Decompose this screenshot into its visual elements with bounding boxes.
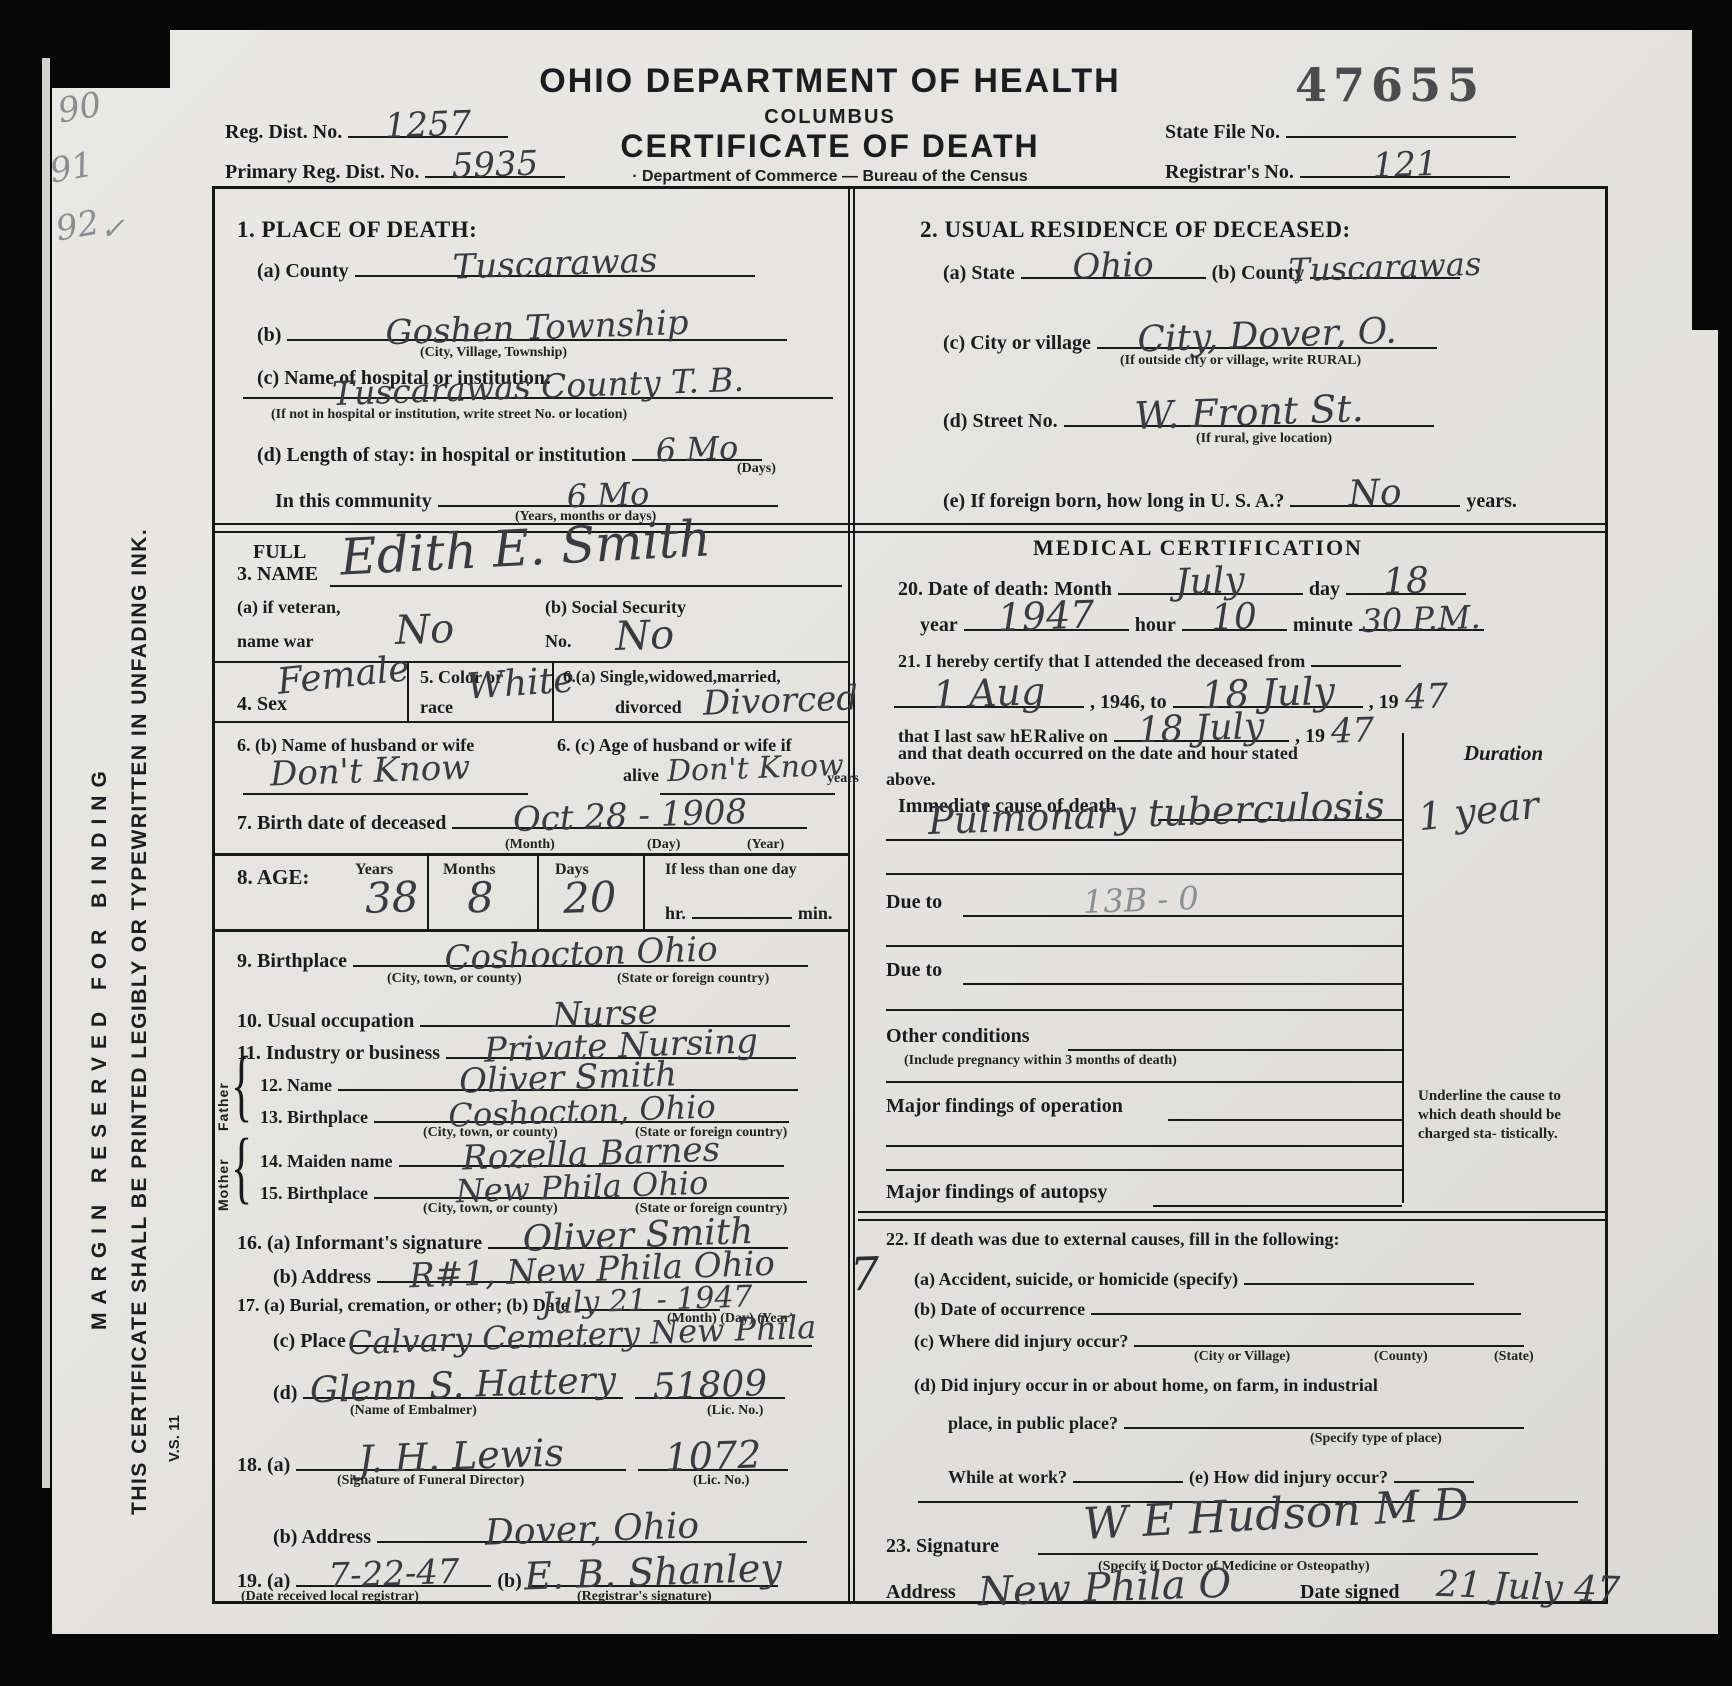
- mother-bp-cap-1: (City, town, or county): [423, 1201, 558, 1217]
- other-conditions-label: Other conditions: [886, 1025, 1030, 1047]
- res-state-field: Ohio: [1021, 253, 1206, 279]
- residence-medical-column: 2. USUAL RESIDENCE OF DECEASED: (a) Stat…: [858, 189, 1605, 1601]
- full-label: FULL: [253, 541, 306, 563]
- received-b-label: (b): [497, 1570, 521, 1592]
- physician-sig-line: [1038, 1553, 1538, 1555]
- external-b-field: [1091, 1289, 1521, 1315]
- external-d-label-2: place, in public place?: [948, 1413, 1118, 1433]
- reg-dist-field: 1257: [348, 112, 508, 138]
- external-c-cap-2: (County): [1374, 1349, 1428, 1365]
- external-c-cap-1: (City or Village): [1194, 1349, 1290, 1365]
- occurred-label-1: and that death occurred on the date and …: [898, 743, 1298, 763]
- age-box-divider: [537, 853, 539, 929]
- res-street-field: W. Front St.: [1064, 401, 1434, 427]
- veteran-value: No: [394, 606, 455, 654]
- other-conditions-caption: (Include pregnancy within 3 months of de…: [904, 1053, 1177, 1069]
- dod-hour-field: 10: [1182, 605, 1287, 631]
- primary-reg-value: 5935: [451, 144, 539, 187]
- age-min-label: min.: [798, 903, 833, 923]
- dod-month-field: July: [1118, 569, 1303, 595]
- external-d-label-1: (d) Did injury occur in or about home, o…: [914, 1375, 1378, 1395]
- stay-field: 6 Mo: [632, 435, 762, 461]
- book-spine-edge: [42, 58, 50, 1488]
- veteran-label-1: (a) if veteran,: [237, 597, 340, 617]
- dod-day-value: 18: [1382, 560, 1429, 603]
- birthdate-field: Oct 28 - 1908: [452, 803, 807, 829]
- spouse-value: Don't Know: [269, 748, 471, 795]
- stray-mark: 7: [849, 1247, 880, 1302]
- dod-hour-value: 10: [1211, 596, 1258, 639]
- mother-birthplace-label: 15. Birthplace: [260, 1183, 368, 1203]
- place-of-death-column: 1. PLACE OF DEATH: (a) CountyTuscarawas …: [215, 189, 848, 1601]
- file-number-stamp: 47655: [1295, 58, 1485, 112]
- physician-sig-label: 23. Signature: [886, 1535, 999, 1557]
- res-city-label: (c) City or village: [943, 332, 1091, 354]
- mother-name-field: Rozella Barnes: [399, 1141, 784, 1167]
- industry-field: Private Nursing: [446, 1033, 796, 1059]
- birthdate-cap-month: (Month): [505, 837, 555, 853]
- registrar-no-label: Registrar's No.: [1165, 161, 1294, 183]
- embalmer-d-label: (d): [273, 1382, 297, 1404]
- age-months-value: 8: [466, 873, 494, 923]
- place-b-caption: (City, Village, Township): [420, 345, 567, 361]
- mother-brace: {: [231, 1120, 252, 1214]
- underline-note: Underline the cause to which death shoul…: [1418, 1087, 1578, 1144]
- primary-reg-label: Primary Reg. Dist. No.: [225, 161, 419, 183]
- age-days-value: 20: [562, 872, 617, 923]
- external-d-field: [1124, 1403, 1524, 1429]
- birthdate-label: 7. Birth date of deceased: [237, 812, 446, 834]
- attended-year-value: 47: [1404, 676, 1449, 717]
- dod-year-field: 1947: [964, 605, 1129, 631]
- due2-line: [963, 983, 1402, 985]
- operation-label: Major findings of operation: [886, 1095, 1123, 1117]
- date-signed-label: Date signed: [1300, 1581, 1399, 1603]
- blank-line: [886, 945, 1402, 947]
- community-field: 6 Mo: [438, 481, 778, 507]
- informant-sig-label: 16. (a) Informant's signature: [237, 1232, 482, 1254]
- hospital-caption: (If not in hospital or institution, writ…: [271, 407, 627, 423]
- embalmer-lic-value: 51809: [653, 1363, 769, 1408]
- embalmer-caption: (Name of Embalmer): [350, 1403, 477, 1419]
- cause-line: [886, 839, 1402, 841]
- header-columbus: COLUMBUS: [420, 106, 1240, 129]
- dod-minute-field: 30 P.M.: [1359, 605, 1484, 631]
- attended-blank-field: [1311, 641, 1401, 667]
- while-at-work-label: While at work?: [948, 1467, 1067, 1487]
- section2-title: 2. USUAL RESIDENCE OF DECEASED:: [920, 217, 1351, 242]
- birthplace-cap-1: (City, town, or county): [387, 971, 522, 987]
- attended-label: 21. I hereby certify that I attended the…: [898, 651, 1305, 671]
- res-city-field: City, Dover, O.: [1097, 323, 1437, 349]
- cause-duration-value: 1 year: [1416, 783, 1541, 839]
- mother-name-label: 14. Maiden name: [260, 1151, 393, 1171]
- blank-line: [886, 1081, 1402, 1083]
- age-box-divider: [643, 853, 645, 929]
- father-birthplace-label: 13. Birthplace: [260, 1107, 368, 1127]
- while-at-work-field: [1073, 1457, 1183, 1483]
- dod-day-field: 18: [1346, 569, 1466, 595]
- other-line: [1068, 1049, 1402, 1051]
- community-label: In this community: [275, 490, 432, 512]
- father-brace: {: [231, 1038, 252, 1132]
- res-city-caption: (If outside city or village, write RURAL…: [1120, 353, 1361, 369]
- res-state-label: (a) State: [943, 262, 1015, 284]
- dod-year-value: 1947: [997, 592, 1095, 639]
- res-street-label: (d) Street No.: [943, 410, 1058, 432]
- years-caption: years: [827, 771, 859, 787]
- dod-minute-value: 30 P.M.: [1361, 598, 1481, 640]
- autopsy-line: [1153, 1205, 1402, 1207]
- decedent-name: Edith E. Smith: [339, 509, 712, 586]
- external-b-label: (b) Date of occurrence: [914, 1299, 1085, 1319]
- father-name-label: 12. Name: [260, 1075, 332, 1095]
- dod-minute-label: minute: [1293, 614, 1353, 636]
- row-line: [215, 721, 848, 723]
- county-value: Tuscarawas: [452, 240, 658, 287]
- attended-from-field: 1 Aug: [894, 682, 1084, 708]
- registrar-no-field: 121: [1300, 152, 1510, 178]
- stay-caption: (Days): [737, 461, 776, 477]
- age-hr-field: [692, 893, 792, 919]
- margin-vs-number: V.S. 11: [166, 1372, 183, 1462]
- funeral-lic-field: 1072: [638, 1445, 788, 1471]
- column-divider: [848, 189, 855, 1601]
- embalmer-field: Glenn S. Hattery: [303, 1373, 623, 1399]
- alive-label: alive: [623, 765, 659, 785]
- blank-line: [886, 1145, 1402, 1147]
- county-field: Tuscarawas: [355, 251, 755, 277]
- scan-corner-shadow-topright: [1692, 30, 1732, 330]
- autopsy-label: Major findings of autopsy: [886, 1181, 1107, 1203]
- lastsaw-year-label: , 19: [1295, 725, 1325, 747]
- lastsaw-year-value: 47: [1330, 710, 1375, 751]
- reg-dist-value: 1257: [384, 104, 472, 147]
- res-county-value: Tuscarawas: [1289, 245, 1483, 290]
- external-a-field: [1244, 1259, 1474, 1285]
- county-label: (a) County: [257, 260, 349, 282]
- stay-label: (d) Length of stay: in hospital or insti…: [257, 444, 626, 466]
- funeral-director-caption: (Signature of Funeral Director): [337, 1473, 524, 1489]
- reg-dist-label: Reg. Dist. No.: [225, 121, 342, 143]
- margin-legibly-text: THIS CERTIFICATE SHALL BE PRINTED LEGIBL…: [128, 185, 152, 1515]
- name-underline: [330, 585, 842, 587]
- primary-reg-field: 5935: [425, 152, 565, 178]
- date-signed-value: 21 July 47: [1435, 1564, 1620, 1611]
- state-file-label: State File No.: [1165, 121, 1280, 143]
- sex-value: Female: [275, 648, 411, 703]
- dod-day-label: day: [1309, 578, 1340, 600]
- father-name-field: Oliver Smith: [338, 1065, 798, 1091]
- funeral-lic-caption: (Lic. No.): [693, 1473, 749, 1489]
- section1-title: 1. PLACE OF DEATH:: [237, 217, 477, 242]
- veteran-label-2: name war: [237, 631, 313, 651]
- birthplace-cap-2: (State or foreign country): [617, 971, 769, 987]
- res-foreign-value: No: [1348, 472, 1403, 515]
- lastsaw-field: 18 July: [1114, 716, 1289, 742]
- registrar-sig-caption: (Registrar's signature): [577, 1589, 712, 1605]
- industry-label: 11. Industry or business: [237, 1042, 440, 1064]
- occurred-label-2: above.: [886, 769, 936, 789]
- pencil-mark-90: 90: [55, 85, 105, 132]
- place-b-label: (b): [257, 324, 281, 346]
- age-box-bottom: [215, 929, 848, 932]
- funeral-addr-label: (b) Address: [273, 1526, 371, 1548]
- funeral-label: 18. (a): [237, 1454, 290, 1476]
- physician-sig-value: W E Hudson M D: [1082, 1479, 1470, 1550]
- birthdate-value: Oct 28 - 1908: [512, 792, 748, 840]
- ssn-label-2: No.: [545, 631, 572, 651]
- external-c-field: [1134, 1321, 1524, 1347]
- age-less-label: If less than one day: [665, 861, 797, 879]
- margin-binding-text: MARGIN RESERVED FOR BINDING: [88, 540, 112, 1330]
- burial-date-field: July 21 - 1947: [575, 1285, 720, 1311]
- external-divider: [858, 1211, 1605, 1221]
- attended-to-field: 18 July: [1173, 682, 1363, 708]
- physician-addr-value: New Phila O: [977, 1561, 1232, 1616]
- age-box-top: [215, 853, 848, 856]
- duration-header: Duration: [1464, 741, 1543, 765]
- spouse-age-value: Don't Know: [666, 748, 844, 789]
- burial-label: 17. (a) Burial, cremation, or other;: [237, 1295, 502, 1315]
- age-hr-label: hr.: [665, 903, 686, 923]
- pencil-mark-91: 91: [47, 145, 97, 192]
- external-d-caption: (Specify type of place): [1310, 1431, 1442, 1447]
- race-value: White: [466, 659, 576, 707]
- stay-value: 6 Mo: [655, 429, 739, 470]
- funeral-director-field: J. H. Lewis: [296, 1445, 626, 1471]
- age-box-divider: [427, 853, 429, 929]
- dod-year-label: year: [920, 614, 958, 636]
- external-a-label: (a) Accident, suicide, or homicide (spec…: [914, 1269, 1238, 1289]
- embalmer-lic-field: 51809: [635, 1373, 785, 1399]
- race-cell-border: [552, 661, 554, 721]
- due2-label: Due to: [886, 959, 942, 981]
- race-label-2: race: [420, 697, 453, 717]
- sex-cell-border: [407, 661, 409, 721]
- mother-side-label: Mother: [215, 1135, 231, 1211]
- birthplace-label: 9. Birthplace: [237, 950, 347, 972]
- birthdate-cap-day: (Day): [647, 837, 680, 853]
- marital-label-2: divorced: [615, 697, 682, 717]
- medical-title: MEDICAL CERTIFICATION: [1033, 535, 1363, 560]
- birthplace-field: Coshocton Ohio: [353, 941, 808, 967]
- received-date-field: 7-22-47: [296, 1561, 491, 1587]
- registrar-no-value: 121: [1372, 144, 1438, 186]
- physician-addr-label: Address: [886, 1581, 956, 1603]
- father-side-label: Father: [215, 1055, 231, 1131]
- registrar-sig-field: E. B. Shanley: [528, 1561, 778, 1587]
- mother-birthplace-field: New Phila Ohio: [374, 1173, 789, 1199]
- attended-from-value: 1 Aug: [932, 669, 1046, 717]
- funeral-addr-field: Dover, Ohio: [377, 1517, 807, 1543]
- external-title: 22. If death was due to external causes,…: [886, 1229, 1340, 1249]
- embalmer-lic-caption: (Lic. No.): [707, 1403, 763, 1419]
- cause-value: Pulmonary tuberculosis: [927, 783, 1385, 843]
- occupation-label: 10. Usual occupation: [237, 1010, 414, 1032]
- external-c-label: (c) Where did injury occur?: [914, 1331, 1128, 1351]
- operation-line: [1168, 1119, 1402, 1121]
- spouse-underline: [243, 793, 528, 795]
- marital-value: Divorced: [702, 678, 858, 723]
- blank-line: [886, 1009, 1402, 1011]
- page-title: OHIO DEPARTMENT OF HEALTH: [420, 62, 1240, 101]
- res-foreign-label: (e) If foreign born, how long in U. S. A…: [943, 490, 1284, 512]
- state-file-field: [1286, 112, 1516, 138]
- due1-label: Due to: [886, 891, 942, 913]
- res-street-caption: (If rural, give location): [1196, 431, 1332, 447]
- hospital-field: Tuscarawas County T. B.: [243, 373, 833, 399]
- ssn-value: No: [614, 612, 675, 660]
- res-state-value: Ohio: [1072, 245, 1154, 288]
- blank-line: [886, 1169, 1402, 1171]
- blank-line: [886, 873, 1402, 875]
- external-c-cap-3: (State): [1494, 1349, 1534, 1365]
- duration-column-line: [1402, 733, 1404, 1203]
- age-years-value: 38: [364, 872, 419, 923]
- due1-line: [963, 915, 1402, 917]
- res-foreign-suffix: years.: [1466, 490, 1517, 512]
- father-birthplace-field: Coshocton, Ohio: [374, 1097, 789, 1123]
- scanned-death-certificate: { "margin": { "binding": "MARGIN RESERVE…: [0, 0, 1732, 1686]
- place-b-field: Goshen Township: [287, 315, 787, 341]
- pencil-check-mark: ✓: [99, 212, 125, 248]
- pencil-mark-92: 92: [53, 203, 103, 250]
- res-foreign-field: No: [1290, 481, 1460, 507]
- scan-corner-shadow-topleft: [52, 30, 170, 88]
- res-county-field: Tuscarawas: [1310, 253, 1460, 279]
- burial-place-label: (c) Place: [273, 1330, 346, 1352]
- certificate-form: 1. PLACE OF DEATH: (a) CountyTuscarawas …: [212, 186, 1608, 1604]
- name-label: 3. NAME: [237, 563, 318, 585]
- burial-place-field: Calvary Cemetery New Phila: [352, 1321, 812, 1347]
- dod-hour-label: hour: [1135, 614, 1176, 636]
- age-label: 8. AGE:: [237, 865, 309, 889]
- received-caption: (Date received local registrar): [241, 1589, 419, 1605]
- birthdate-cap-year: (Year): [747, 837, 784, 853]
- funeral-addr-value: Dover, Ohio: [484, 1505, 700, 1553]
